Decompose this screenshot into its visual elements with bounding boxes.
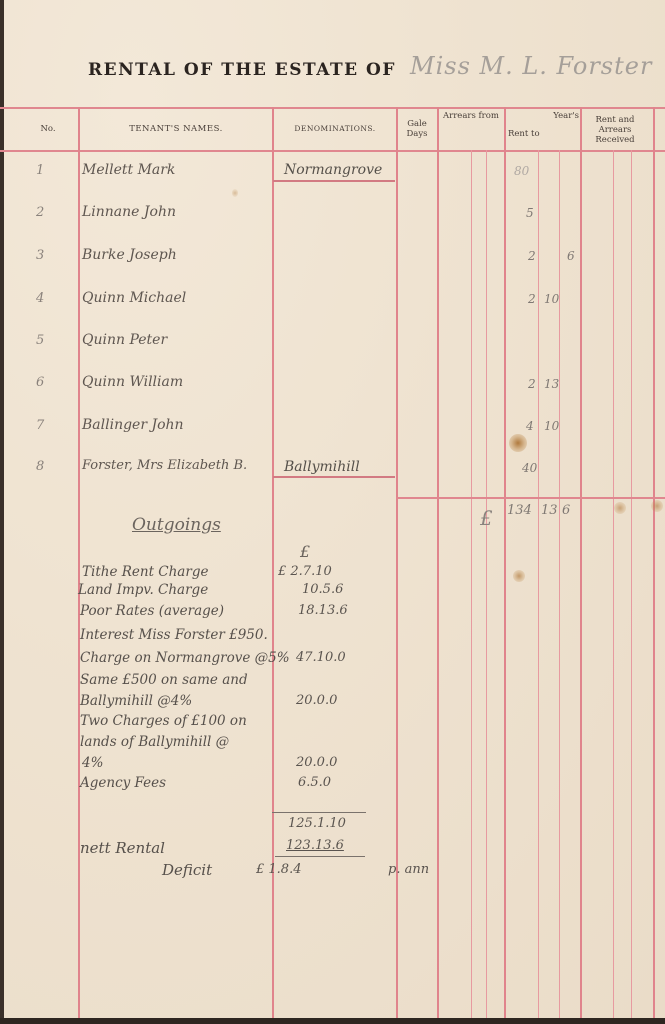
row-no: 1 — [36, 163, 44, 178]
tenant-name: Forster, Mrs Elizabeth B. — [82, 458, 247, 473]
ledger-page: RENTAL OF THE ESTATE OF Miss M. L. Forst… — [0, 0, 665, 1024]
rent-pounds: 80 — [514, 164, 529, 178]
col-rule — [504, 107, 506, 1024]
outgoing-label: 4% — [82, 755, 103, 772]
outgoing-label: Interest Miss Forster £950. — [80, 627, 268, 644]
outgoing-label: Land Impv. Charge — [78, 582, 208, 599]
document-title: RENTAL OF THE ESTATE OF — [88, 60, 396, 80]
outgoing-label: Charge on Normangrove @5% — [80, 650, 290, 667]
rent-pounds: 2 — [528, 292, 536, 306]
col-rule — [78, 107, 80, 1024]
header-rent-to: Rent to — [508, 129, 548, 139]
outgoing-value: 18.13.6 — [298, 603, 348, 618]
header-denominations: DENOMINATIONS. — [274, 124, 396, 134]
header-years: Year's — [545, 111, 579, 121]
col-rule — [272, 107, 274, 1024]
subtotal-rule — [272, 812, 366, 813]
estate-owner-handwritten: Miss M. L. Forster — [410, 52, 652, 80]
tenant-name: Burke Joseph — [82, 247, 177, 263]
paper-stain — [651, 500, 663, 512]
paper-stain — [509, 434, 527, 452]
header-top-rule — [0, 107, 665, 109]
outgoing-label: Two Charges of £100 on — [80, 713, 247, 730]
col-rule — [437, 107, 439, 1024]
outgoing-label: Poor Rates (average) — [80, 603, 224, 620]
outgoing-value: 10.5.6 — [302, 582, 343, 597]
paper-stain — [513, 570, 525, 582]
rent-pounds: 4 — [526, 419, 534, 433]
row-no: 4 — [36, 291, 44, 306]
row-no: 7 — [36, 418, 44, 433]
header-bottom-rule — [0, 150, 665, 152]
row-no: 6 — [36, 375, 44, 390]
col-rule — [653, 107, 655, 1024]
outgoing-value: 20.0.0 — [296, 693, 337, 708]
rent-shillings: 10 — [544, 419, 559, 433]
row-no: 5 — [36, 333, 44, 348]
row-no: 2 — [36, 205, 44, 220]
tenant-name: Ballinger John — [82, 417, 184, 433]
paper-stain — [232, 189, 238, 197]
denomination: Ballymihill — [284, 459, 360, 475]
outgoing-label: lands of Ballymihill @ — [80, 734, 229, 751]
col-rule — [396, 107, 398, 1024]
header-rent-arrears-received: Rent and Arrears Received — [584, 115, 646, 145]
header-gale-days: Gale Days — [404, 119, 430, 139]
col-subrule — [486, 150, 487, 1024]
total-pence: 6 — [562, 503, 570, 518]
total-currency: £ — [480, 506, 493, 530]
rent-pence: 6 — [567, 249, 575, 263]
net-rental-label: nett Rental — [80, 840, 165, 857]
header-arrears-from: Arrears from — [439, 111, 503, 121]
paper-stain — [614, 502, 626, 514]
outgoing-label: Tithe Rent Charge — [82, 564, 208, 581]
col-subrule — [471, 150, 472, 1024]
col-subrule — [538, 150, 539, 1024]
outgoing-value: 20.0.0 — [296, 755, 337, 770]
outgoing-value: 47.10.0 — [296, 650, 346, 665]
denomination-underline — [273, 180, 395, 182]
rent-pounds: 40 — [522, 461, 537, 475]
rent-pounds: 2 — [528, 249, 536, 263]
outgoing-label: Same £500 on same and — [80, 672, 248, 689]
tenant-name: Quinn Peter — [82, 332, 167, 348]
denomination-underline — [273, 476, 395, 478]
total-pounds: 134 — [507, 503, 532, 518]
outgoing-value: 6.5.0 — [298, 775, 331, 790]
deficit-note: p. ann — [388, 862, 429, 877]
rent-pounds: 5 — [526, 206, 534, 220]
rent-shillings: 10 — [544, 292, 559, 306]
row-no: 8 — [36, 459, 44, 474]
denomination: Normangrove — [284, 162, 382, 178]
tenant-name: Quinn William — [82, 374, 183, 390]
total-shillings: 13 — [541, 503, 558, 518]
tenant-name: Mellett Mark — [82, 162, 175, 178]
outgoings-currency-mark: £ — [300, 542, 310, 561]
deficit-value: £ 1.8.4 — [256, 862, 301, 877]
outgoing-value: £ 2.7.10 — [278, 564, 332, 579]
net-rental-value: 123.13.6 — [286, 838, 344, 853]
col-subrule — [613, 150, 614, 1024]
total-rule — [396, 497, 665, 499]
row-no: 3 — [36, 248, 44, 263]
col-subrule — [559, 150, 560, 1024]
net-rule — [275, 856, 365, 857]
header-no: No. — [30, 124, 66, 134]
deficit-label: Deficit — [162, 862, 212, 879]
outgoing-label: Ballymihill @4% — [80, 693, 192, 710]
col-subrule — [631, 150, 632, 1024]
tenant-name: Linnane John — [82, 204, 176, 220]
rent-shillings: 13 — [544, 377, 559, 391]
col-rule — [580, 107, 582, 1024]
tenant-name: Quinn Michael — [82, 290, 186, 306]
header-tenants-names: TENANT'S NAMES. — [80, 124, 272, 134]
rent-pounds: 2 — [528, 377, 536, 391]
outgoings-subtotal: 125.1.10 — [288, 816, 346, 831]
outgoings-heading: Outgoings — [132, 515, 221, 535]
outgoing-label: Agency Fees — [80, 775, 166, 792]
